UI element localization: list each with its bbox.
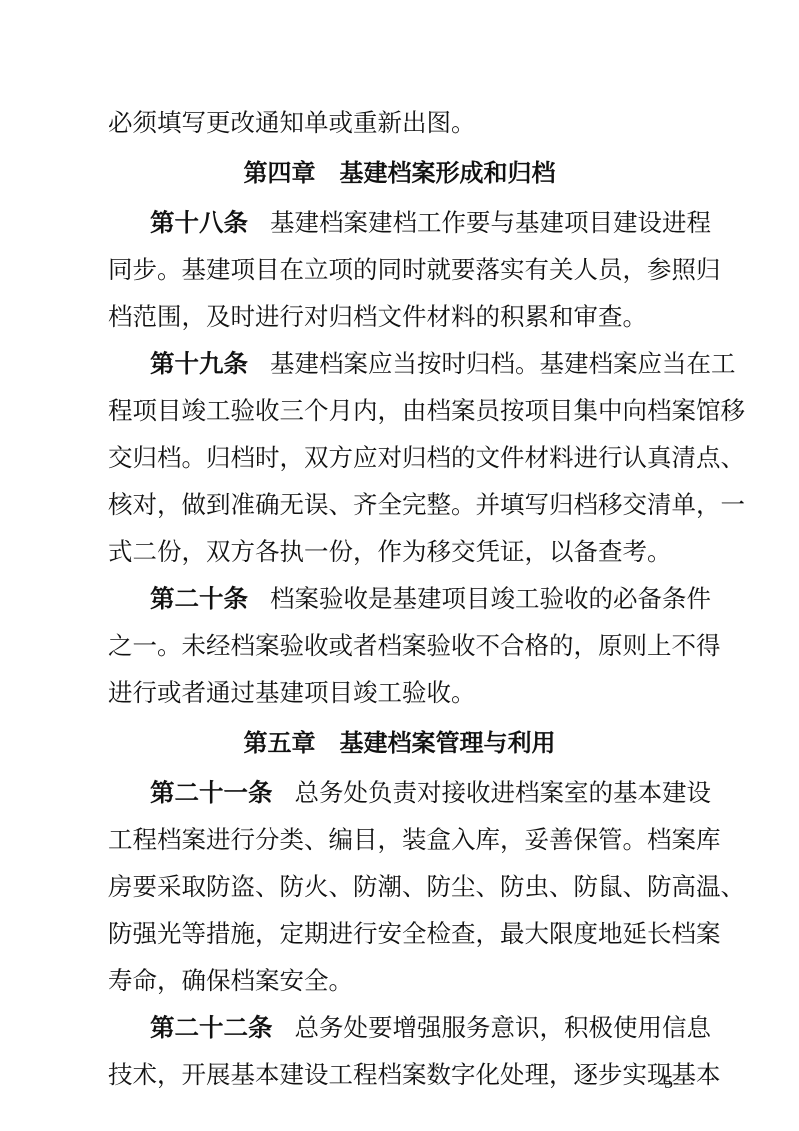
article-18-line-1: 第十八条基建档案建档工作要与基建项目建设进程 bbox=[150, 208, 698, 238]
text-line: 交归档。归档时，双方应对归档的文件材料进行认真清点、 bbox=[108, 443, 698, 473]
text-span: 总务处负责对接收进档案室的基本建设 bbox=[295, 778, 712, 807]
document-page: 必须填写更改通知单或重新出图。 第四章基建档案形成和归档 第十八条基建档案建档工… bbox=[0, 0, 799, 1131]
text-line: 程项目竣工验收三个月内，由档案员按项目集中向档案馆移 bbox=[108, 396, 698, 426]
text-line: 档范围，及时进行对归档文件材料的积累和审查。 bbox=[108, 302, 698, 332]
article-label: 第十九条 bbox=[150, 349, 248, 378]
chapter-number: 第五章 bbox=[244, 729, 316, 757]
text-line: 同步。基建项目在立项的同时就要落实有关人员，参照归 bbox=[108, 255, 698, 285]
chapter-number: 第四章 bbox=[244, 159, 316, 187]
text-line: 进行或者通过基建项目竣工验收。 bbox=[108, 678, 698, 708]
chapter-5-heading: 第五章基建档案管理与利用 bbox=[0, 728, 799, 758]
article-label: 第十八条 bbox=[150, 208, 248, 237]
text-span: 基建档案建档工作要与基建项目建设进程 bbox=[270, 208, 711, 237]
text-line: 核对，做到准确无误、齐全完整。并填写归档移交清单，一 bbox=[108, 490, 698, 520]
article-20-line-1: 第二十条档案验收是基建项目竣工验收的必备条件 bbox=[150, 584, 698, 614]
text-line: 式二份，双方各执一份，作为移交凭证，以备查考。 bbox=[108, 537, 698, 567]
text-line: 技术，开展基本建设工程档案数字化处理，逐步实现基本 bbox=[108, 1060, 698, 1090]
text-span: 档案验收是基建项目竣工验收的必备条件 bbox=[270, 584, 711, 613]
text-line: 房要采取防盗、防火、防潮、防尘、防虫、防鼠、防高温、 bbox=[108, 872, 698, 902]
text-span: 基建档案应当按时归档。基建档案应当在工 bbox=[270, 349, 736, 378]
article-label: 第二十二条 bbox=[150, 1013, 273, 1042]
page-number: -5- bbox=[658, 1072, 679, 1093]
text-line: 之一。未经档案验收或者档案验收不合格的，原则上不得 bbox=[108, 631, 698, 661]
text-span: 总务处要增强服务意识，积极使用信息 bbox=[295, 1013, 712, 1042]
text-line: 工程档案进行分类、编目，装盒入库，妥善保管。档案库 bbox=[108, 825, 698, 855]
article-21-line-1: 第二十一条总务处负责对接收进档案室的基本建设 bbox=[150, 778, 698, 808]
article-22-line-1: 第二十二条总务处要增强服务意识，积极使用信息 bbox=[150, 1013, 698, 1043]
text-line: 防强光等措施，定期进行安全检查，最大限度地延长档案 bbox=[108, 919, 698, 949]
article-19-line-1: 第十九条基建档案应当按时归档。基建档案应当在工 bbox=[150, 349, 698, 379]
chapter-4-heading: 第四章基建档案形成和归档 bbox=[0, 158, 799, 188]
article-label: 第二十一条 bbox=[150, 778, 273, 807]
article-label: 第二十条 bbox=[150, 584, 248, 613]
text-line: 必须填写更改通知单或重新出图。 bbox=[108, 108, 698, 138]
chapter-title: 基建档案形成和归档 bbox=[340, 159, 556, 187]
chapter-title: 基建档案管理与利用 bbox=[340, 729, 556, 757]
text-line: 寿命，确保档案安全。 bbox=[108, 966, 698, 996]
